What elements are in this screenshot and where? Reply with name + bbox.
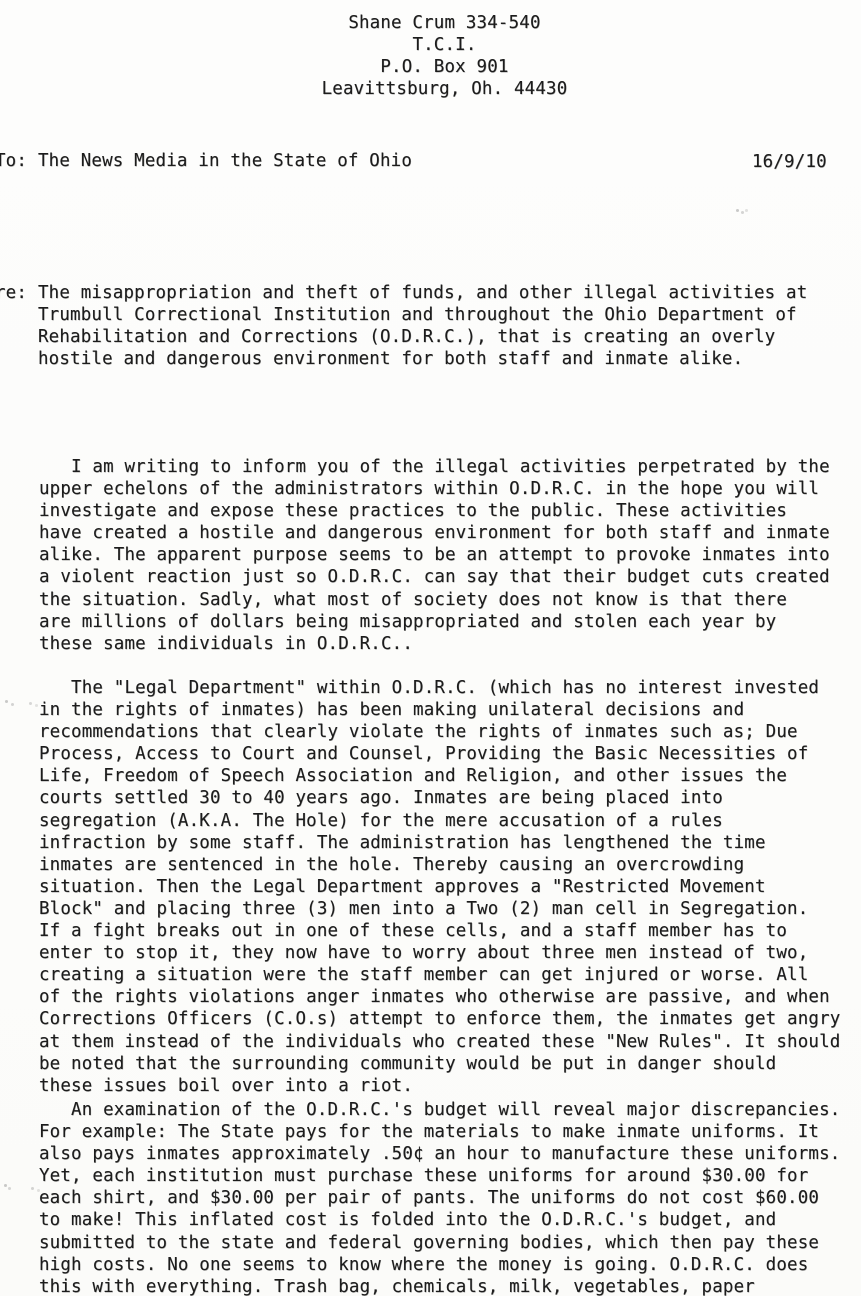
body-paragraph-3: An examination of the O.D.R.C.'s budget … <box>39 1099 859 1296</box>
re-line: re: The misappropriation and theft of fu… <box>0 282 861 370</box>
sender-address-block: Shane Crum 334-540 T.C.I. P.O. Box 901 L… <box>28 12 861 100</box>
scan-speck <box>736 209 739 212</box>
scan-speck <box>5 700 8 703</box>
to-line: To: The News Media in the State of Ohio … <box>0 150 861 173</box>
re-label: re: <box>0 282 27 304</box>
letter-date: 16/9/10 <box>752 151 827 173</box>
re-subject: The misappropriation and theft of funds,… <box>38 282 807 370</box>
scanned-letter-page: Shane Crum 334-540 T.C.I. P.O. Box 901 L… <box>0 0 861 1296</box>
scan-speck <box>4 1184 7 1187</box>
to-recipient: The News Media in the State of Ohio <box>38 150 412 172</box>
body-paragraph-1: I am writing to inform you of the illega… <box>39 456 859 655</box>
to-label: To: <box>0 150 27 172</box>
body-paragraph-2: The "Legal Department" within O.D.R.C. (… <box>39 677 859 1097</box>
